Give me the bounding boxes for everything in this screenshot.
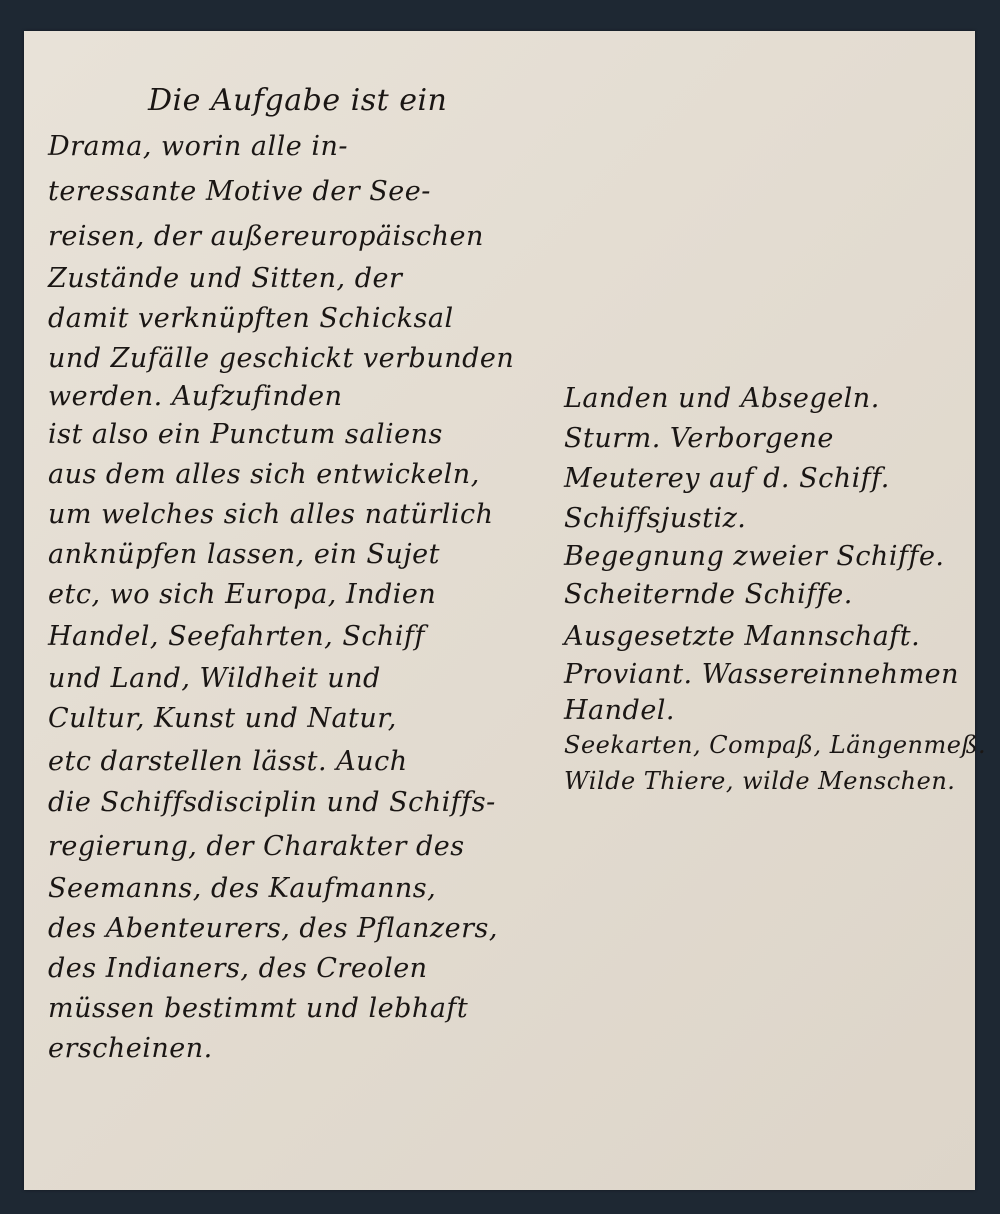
text-line: und Land, Wildheit und (48, 663, 381, 694)
text-line: Seekarten, Compaß, Längenmeß. (564, 731, 986, 759)
text-line: Begegnung zweier Schiffe. (564, 541, 945, 572)
text-line: des Abenteurers, des Pflanzers, (48, 913, 498, 944)
text-line: Drama, worin alle in- (48, 131, 348, 162)
text-line: regierung, der Charakter des (48, 831, 465, 862)
text-line: etc darstellen lässt. Auch (48, 746, 408, 777)
text-line: erscheinen. (48, 1033, 213, 1064)
text-line: etc, wo sich Europa, Indien (48, 579, 436, 610)
text-line: Sturm. Verborgene (564, 423, 834, 454)
text-line: teressante Motive der See- (48, 176, 431, 207)
text-line: Wilde Thiere, wilde Menschen. (564, 767, 955, 795)
text-line: Handel. (564, 695, 675, 726)
text-line: Seemanns, des Kaufmanns, (48, 873, 436, 904)
text-line: ist also ein Punctum saliens (48, 419, 443, 450)
text-line: des Indianers, des Creolen (48, 953, 428, 984)
text-line: Handel, Seefahrten, Schiff (48, 621, 425, 652)
text-line: damit verknüpften Schicksal (48, 303, 454, 334)
manuscript-page: Die Aufgabe ist ein Drama, worin alle in… (24, 31, 975, 1190)
text-line: müssen bestimmt und lebhaft (48, 993, 468, 1024)
text-line: Ausgesetzte Mannschaft. (564, 621, 920, 652)
text-line: Schiffsjustiz. (564, 503, 746, 534)
text-line: reisen, der außereuropäischen (48, 221, 484, 252)
text-line: werden. Aufzufinden (48, 381, 342, 412)
text-line: aus dem alles sich entwickeln, (48, 459, 480, 490)
text-line: Zustände und Sitten, der (48, 263, 402, 294)
text-line: Proviant. Wassereinnehmen (564, 659, 959, 690)
text-line: die Schiffsdisciplin und Schiffs- (48, 787, 496, 818)
text-line: und Zufälle geschickt verbunden (48, 343, 514, 374)
text-line: Scheiternde Schiffe. (564, 579, 853, 610)
text-line: Cultur, Kunst und Natur, (48, 703, 397, 734)
text-line: anknüpfen lassen, ein Sujet (48, 539, 440, 570)
text-line: Meuterey auf d. Schiff. (564, 463, 890, 494)
text-line: um welches sich alles natürlich (48, 499, 494, 530)
text-line: Die Aufgabe ist ein (148, 83, 447, 118)
text-line: Landen und Absegeln. (564, 383, 880, 414)
